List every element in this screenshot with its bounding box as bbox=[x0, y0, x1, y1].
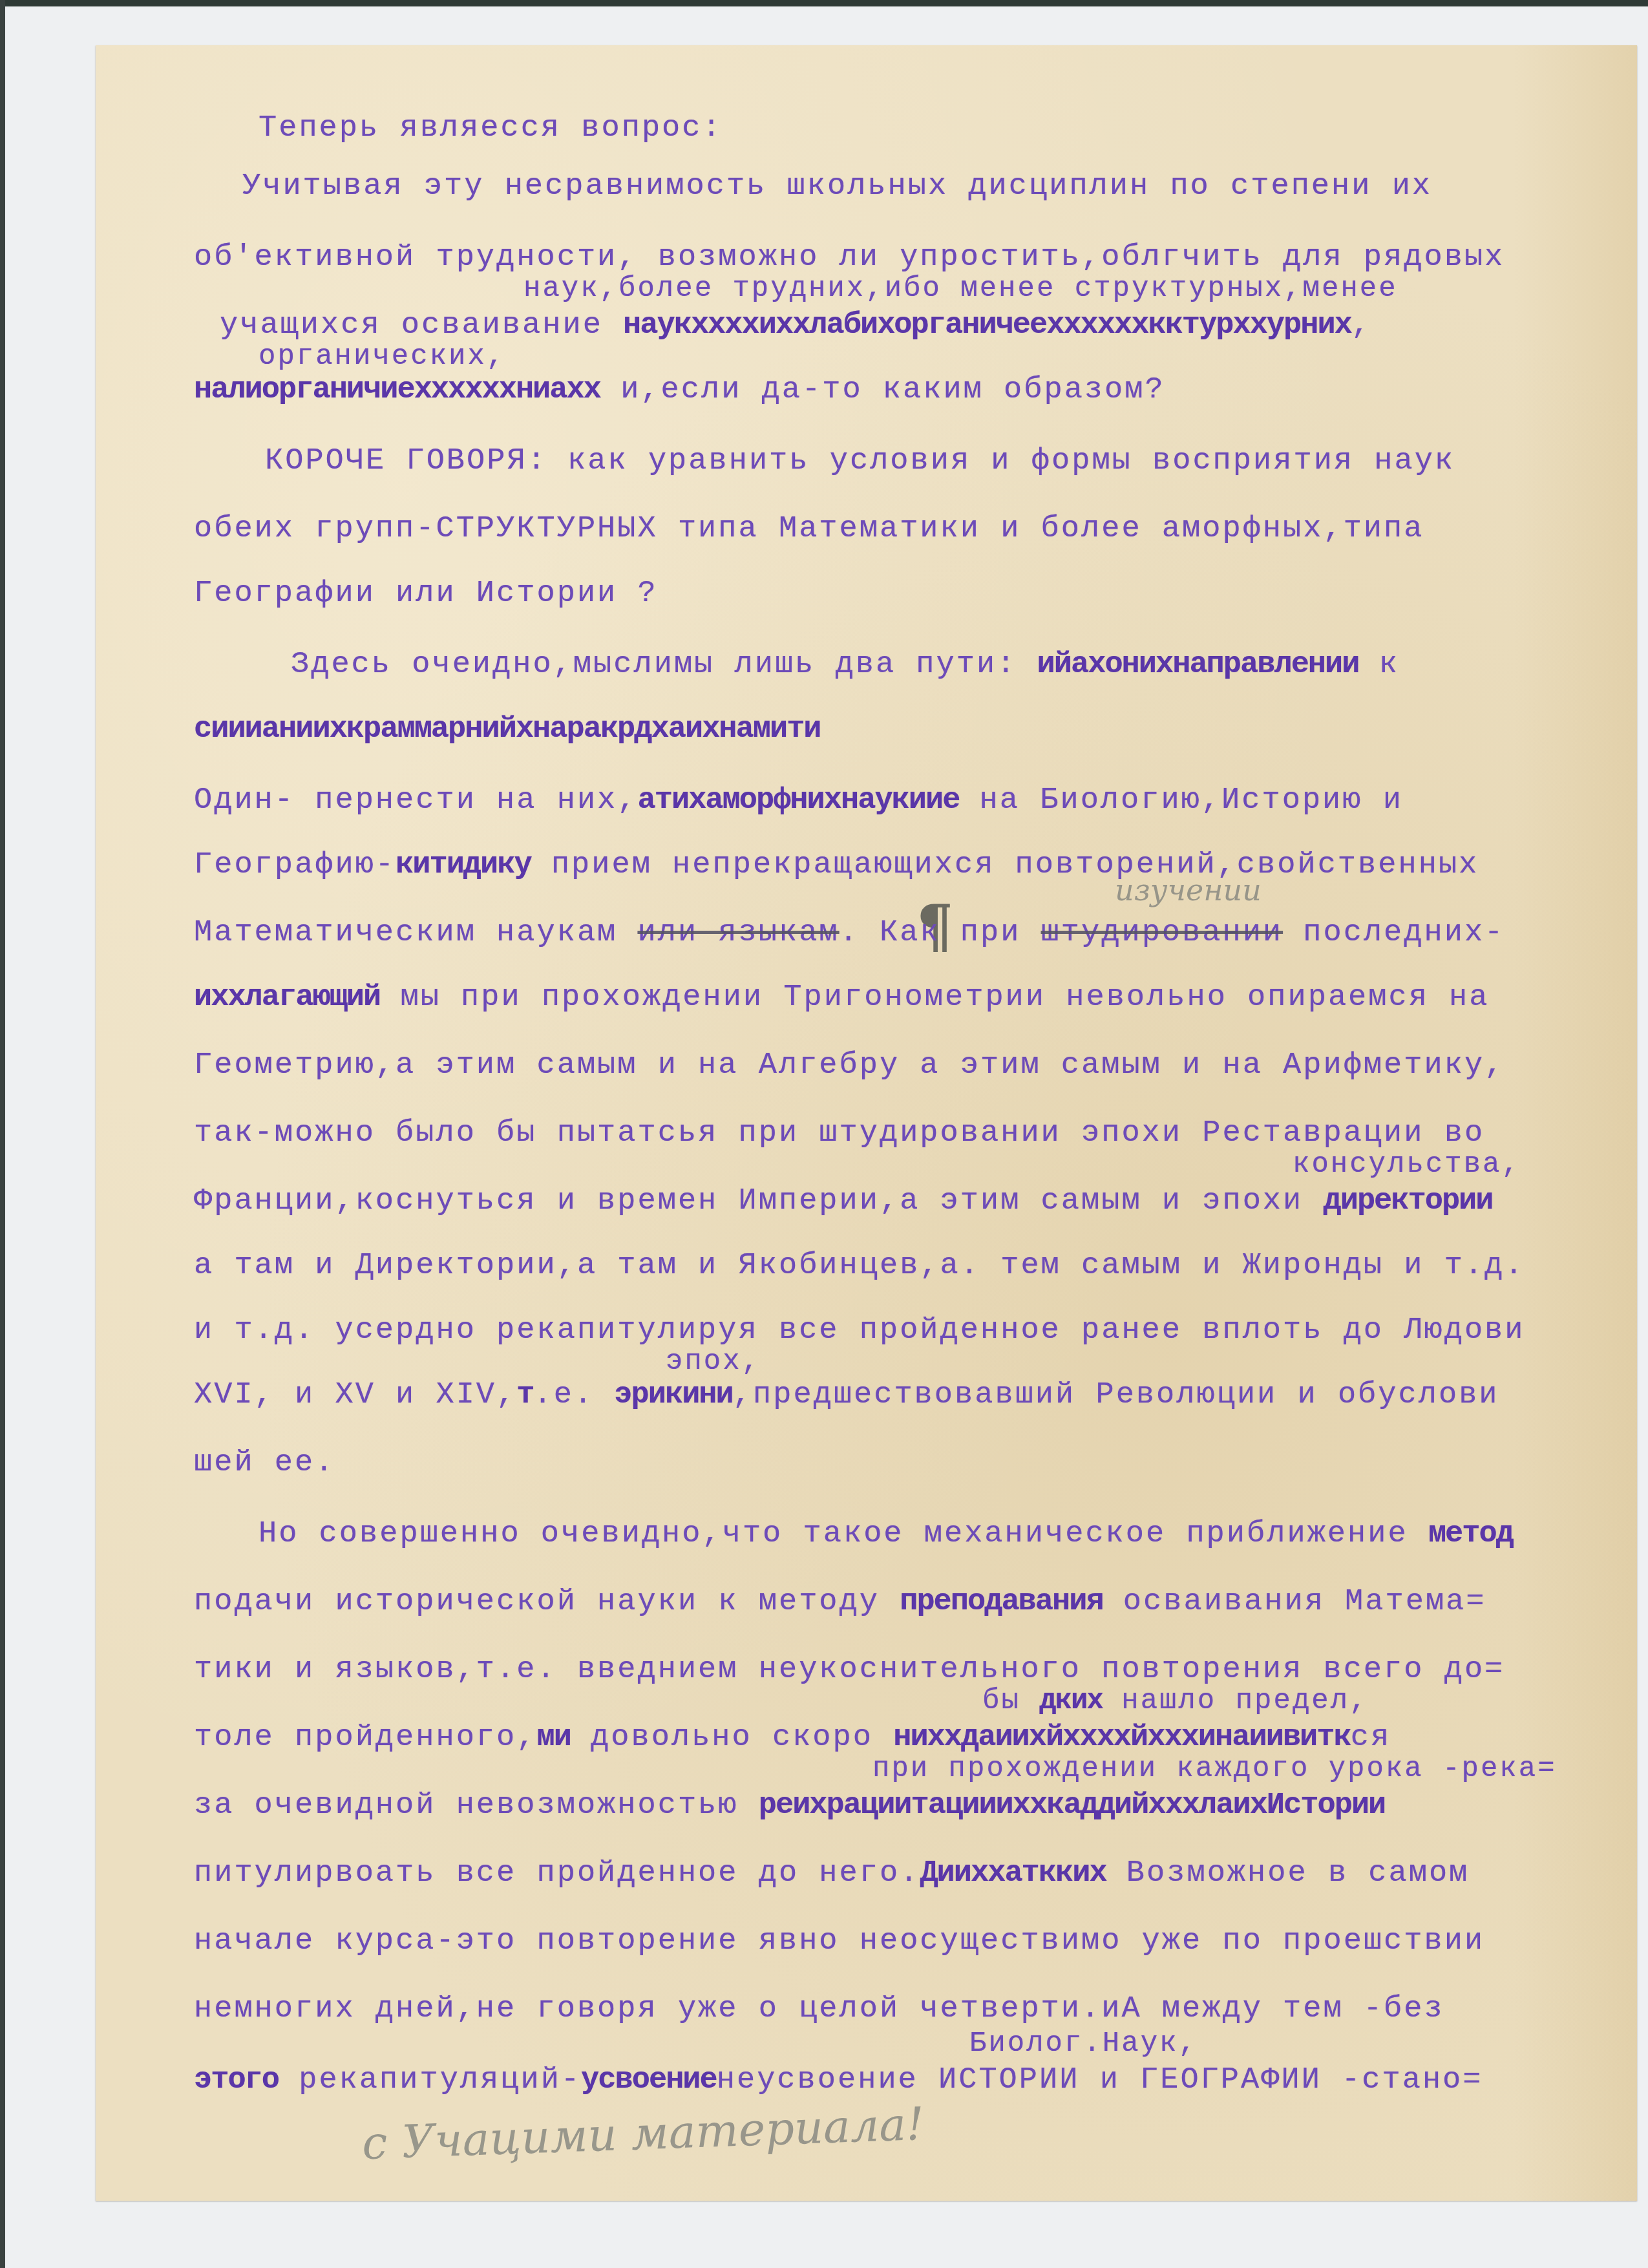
typed-interlinear-insert: эпох, bbox=[666, 1348, 761, 1376]
typed-line: учащихся осваивание наукxxххиххлабихорга… bbox=[220, 310, 1371, 341]
typed-text: мы при прохождении Тригонометрии невольн… bbox=[380, 980, 1489, 1015]
typed-text: и,если да-то каким образом? bbox=[600, 373, 1165, 407]
typed-line: Математическим наукам или языкам. Как пр… bbox=[194, 918, 1505, 948]
typed-text: Математическим наукам bbox=[194, 916, 638, 950]
typed-line: Теперь являесся вопрос: bbox=[259, 113, 723, 143]
typed-strikeout: Дииххаткких bbox=[920, 1856, 1106, 1891]
typed-text: эпох, bbox=[666, 1346, 761, 1378]
typed-line: иххлагающий мы при прохождении Тригономе… bbox=[194, 982, 1490, 1013]
typed-text: наук,более трудних,ибо менее структурных… bbox=[523, 273, 1398, 305]
typed-text: начале курса-это повторение явно неосуще… bbox=[194, 1924, 1484, 1958]
typed-text: к bbox=[1358, 648, 1399, 682]
typed-text: шей ее. bbox=[194, 1446, 335, 1480]
typed-strikeout: эрикини bbox=[614, 1378, 732, 1412]
typed-line: толе пройденного,ми довольно скоро ниххд… bbox=[194, 1722, 1391, 1753]
typed-line: шей ее. bbox=[194, 1448, 335, 1478]
typed-text: КОРОЧЕ ГОВОРЯ: как уравнить условия и фо… bbox=[265, 444, 1455, 478]
typed-interlinear-insert: консульства, bbox=[1293, 1150, 1521, 1179]
typed-line: начале курса-это повторение явно неосуще… bbox=[194, 1926, 1484, 1956]
typed-text: Географию- bbox=[194, 848, 396, 882]
typed-text: за очевидной невозможностью bbox=[194, 1788, 759, 1823]
typed-line: КОРОЧЕ ГОВОРЯ: как уравнить условия и фо… bbox=[265, 446, 1455, 476]
typed-text: Географии или Истории ? bbox=[194, 577, 658, 611]
typed-strikeout: налиорганичиеххххххниахх bbox=[194, 373, 600, 407]
typed-line: об'ективной трудности, возможно ли упрос… bbox=[194, 242, 1505, 273]
typed-line: за очевидной невозможностью реихрациитац… bbox=[194, 1790, 1385, 1821]
typed-line: немногих дней,не говоря уже о целой четв… bbox=[194, 1994, 1444, 2024]
typed-text: бы bbox=[982, 1685, 1039, 1717]
typed-strikeout: наукxxххиххлабихорганичееххххххкктурххур… bbox=[623, 308, 1351, 343]
typed-line: Географию-китидику прием непрекращающихс… bbox=[194, 850, 1479, 880]
scanner-frame-left bbox=[0, 0, 5, 2268]
typed-line: и т.д. усердно рекапитулируя все пройден… bbox=[194, 1315, 1525, 1346]
typed-text: , bbox=[1351, 308, 1371, 343]
typed-line: а там и Директории,а там и Якобинцев,а. … bbox=[194, 1251, 1525, 1281]
typed-text: Здесь очеидно,мыслимы лишь два пути: bbox=[291, 648, 1037, 682]
typed-line: Франции,коснуться и времен Империи,а эти… bbox=[194, 1186, 1493, 1216]
typed-line: так-можно было бы пытатсья при штудирова… bbox=[194, 1118, 1484, 1149]
typed-strikeout: усвоение bbox=[581, 2063, 717, 2097]
typed-text: ся bbox=[1351, 1721, 1391, 1755]
typed-strikeout: иххлагающий bbox=[194, 980, 380, 1015]
typed-strikeout: атихаморфнихнаукиие bbox=[638, 783, 960, 818]
typed-line: тики и языков,т.е. введнием неукоснитель… bbox=[194, 1655, 1505, 1685]
typed-line: Геометрию,а этим самым и на Алгебру а эт… bbox=[194, 1050, 1505, 1081]
typed-text: Биолог.Наук, bbox=[969, 2028, 1198, 2060]
typed-text: тики и языков,т.е. введнием неукоснитель… bbox=[194, 1653, 1505, 1687]
typed-text: учащихся осваивание bbox=[220, 308, 623, 343]
typed-strikeout: китидику bbox=[396, 848, 531, 882]
typed-strikeout: ми bbox=[536, 1721, 570, 1755]
typed-text: Учитывая эту несравнимость школьных дисц… bbox=[242, 169, 1432, 204]
typed-text: а там и Директории,а там и Якобинцев,а. … bbox=[194, 1249, 1525, 1283]
typed-strikeout: метод bbox=[1428, 1517, 1513, 1551]
typed-strikeout: преподавания bbox=[900, 1585, 1103, 1619]
typed-text: при прохождении каждого урока -река= bbox=[872, 1753, 1557, 1785]
typed-interlinear-insert: органических, bbox=[259, 343, 505, 371]
typed-interlinear-insert: бы дких нашло предел, bbox=[982, 1687, 1369, 1715]
typed-text: последних- bbox=[1283, 916, 1505, 950]
typed-text: обеих групп-СТРУКТУРНЫХ типа Математики … bbox=[194, 512, 1424, 546]
typed-text: рекапитуляций- bbox=[279, 2063, 581, 2097]
typed-line: Но совершенно очевидно,что такое механич… bbox=[259, 1519, 1513, 1549]
typed-text: неусвоение ИСТОРИИ и ГЕОГРАФИИ -стано= bbox=[717, 2063, 1483, 2097]
typed-text: осваивания Матема= bbox=[1103, 1585, 1486, 1619]
typed-text: Возможное в самом bbox=[1106, 1856, 1470, 1891]
typed-text: прием непрекращающихся повторений,свойст… bbox=[531, 848, 1479, 882]
typed-strikeout: директории bbox=[1323, 1184, 1492, 1218]
typed-text: Но совершенно очевидно,что такое механич… bbox=[259, 1517, 1428, 1551]
pencil-struck-text: или языкам bbox=[638, 916, 840, 950]
typed-text: . Как при bbox=[840, 916, 1041, 950]
typed-line: подачи исторической науки к методу препо… bbox=[194, 1587, 1486, 1617]
typed-text: XVI, и XV и XIV, bbox=[194, 1378, 516, 1412]
typed-strikeout: ийахонихнаправлении bbox=[1037, 648, 1359, 682]
typed-strikeout: сииианиихкраммарнийхнаракрдхаихнамити bbox=[194, 712, 821, 747]
typed-text: .е. bbox=[534, 1378, 615, 1412]
typed-interlinear-insert: при прохождении каждого урока -река= bbox=[872, 1755, 1557, 1783]
typed-strikeout: т bbox=[516, 1378, 533, 1412]
typed-line: Учитывая эту несравнимость школьных дисц… bbox=[242, 171, 1432, 202]
typed-interlinear-insert: наук,более трудних,ибо менее структурных… bbox=[523, 275, 1398, 303]
scanner-frame-top bbox=[0, 0, 1648, 6]
typed-line: Географии или Истории ? bbox=[194, 578, 658, 609]
typed-text: подачи исторической науки к методу bbox=[194, 1585, 900, 1619]
typed-line: XVI, и XV и XIV,т.е. эрикини,предшествов… bbox=[194, 1380, 1499, 1410]
typed-text: нашло предел, bbox=[1103, 1685, 1369, 1717]
typed-line: налиорганичиеххххххниахх и,если да-то ка… bbox=[194, 375, 1165, 405]
typed-text: немногих дней,не говоря уже о целой четв… bbox=[194, 1992, 1444, 2026]
typed-text: органических, bbox=[259, 341, 505, 373]
typed-text: так-можно было бы пытатсья при штудирова… bbox=[194, 1116, 1484, 1150]
typed-text: толе пройденного, bbox=[194, 1721, 536, 1755]
typed-text: ,предшествовавший Революции и обуслови bbox=[733, 1378, 1499, 1412]
typed-text: довольно скоро bbox=[571, 1721, 893, 1755]
pencil-struck-text: штудировании bbox=[1041, 916, 1283, 950]
typed-text: Франции,коснуться и времен Империи,а эти… bbox=[194, 1184, 1323, 1218]
typed-line: обеих групп-СТРУКТУРНЫХ типа Математики … bbox=[194, 514, 1424, 544]
typed-interlinear-insert: Биолог.Наук, bbox=[969, 2030, 1198, 2058]
typed-strikeout: этого bbox=[194, 2063, 279, 2097]
typed-text: об'ективной трудности, возможно ли упрос… bbox=[194, 240, 1505, 275]
typed-text: Один- пернести на них, bbox=[194, 783, 638, 818]
typed-text: Теперь являесся вопрос: bbox=[259, 111, 723, 145]
typed-text: Геометрию,а этим самым и на Алгебру а эт… bbox=[194, 1048, 1505, 1083]
typed-text: и т.д. усердно рекапитулируя все пройден… bbox=[194, 1313, 1525, 1348]
typed-strikeout: реихрациитациииххкаддийхххлаихИстории bbox=[759, 1788, 1386, 1823]
typed-line: Здесь очеидно,мыслимы лишь два пути: ийа… bbox=[291, 650, 1399, 680]
typed-text: на Биологию,Историю и bbox=[959, 783, 1403, 818]
typed-line: сииианиихкраммарнийхнаракрдхаихнамити bbox=[194, 714, 821, 745]
typed-text: питулирвоать все пройденное до него. bbox=[194, 1856, 920, 1891]
typed-text: консульства, bbox=[1293, 1149, 1521, 1181]
typed-line: Один- пернести на них,атихаморфнихнаукии… bbox=[194, 785, 1403, 816]
typed-strikeout: дких bbox=[1039, 1685, 1103, 1717]
typed-line: этого рекапитуляций-усвоениенеусвоение И… bbox=[194, 2065, 1483, 2095]
typed-line: питулирвоать все пройденное до него.Диих… bbox=[194, 1858, 1469, 1889]
typed-strikeout: ниххдаиихйххххйхххинаиивитк bbox=[893, 1721, 1351, 1755]
